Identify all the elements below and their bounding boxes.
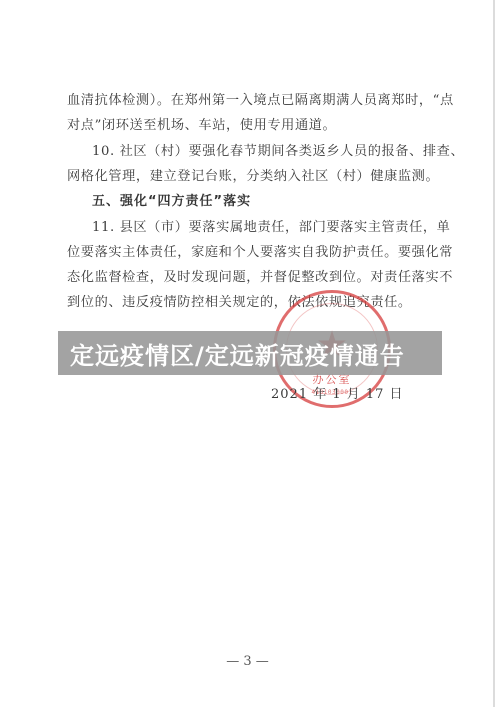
- body-text-line: 网格化管理，建立登记台账，分类纳入社区（村）健康监测。: [67, 168, 439, 186]
- body-text-line: 位要落实主体责任，家庭和个人要落实自我防护责任。要强化常: [67, 244, 453, 262]
- body-text-line: 10. 社区（村）要强化春节期间各类返乡人员的报备、排查、: [92, 143, 464, 161]
- body-text-line: 态化监督检查，及时发现问题，并督促整改到位。对责任落实不: [67, 269, 453, 287]
- body-text-line: 血清抗体检测）。在郑州第一入境点已隔离期满人员离郑时，“点: [67, 92, 454, 110]
- body-text-line: 11. 县区（市）要落实属地责任，部门要落实主管责任，单: [92, 219, 450, 237]
- page-number: — 3 —: [0, 654, 495, 669]
- overlay-title: 定远疫情区/定远新冠疫情通告: [70, 336, 405, 371]
- title-overlay-banner: 定远疫情区/定远新冠疫情通告: [58, 331, 442, 375]
- body-text-line: 对点”闭环送至机场、车站，使用专用通道。: [67, 117, 336, 135]
- section-heading: 五、强化“四方责任”落实: [92, 193, 251, 211]
- document-date: 2021 年 1 月 17 日: [271, 383, 404, 402]
